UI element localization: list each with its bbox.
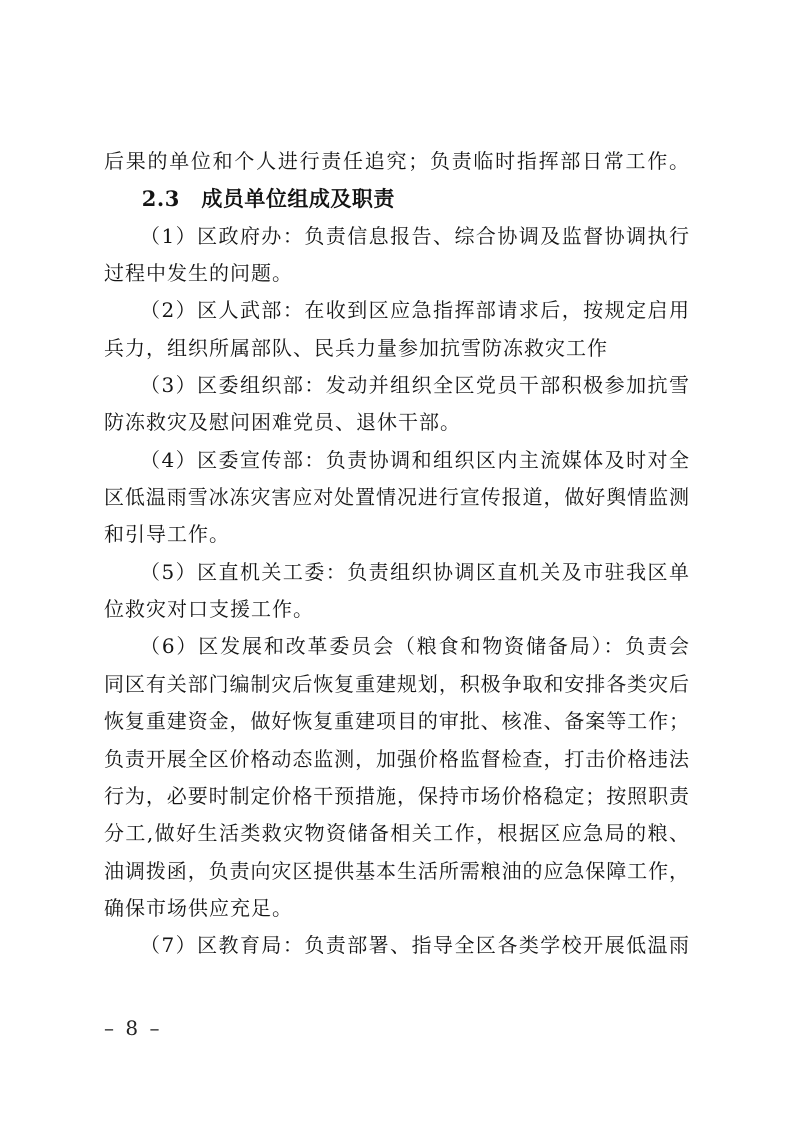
text-line: 油调拨函，负责向灾区提供基本生活所需粮油的应急保障工作， [104, 853, 689, 890]
text-line: （3）区委组织部：发动并组织全区党员干部积极参加抗雪 [104, 367, 689, 404]
text-line: 行为，必要时制定价格干预措施，保持市场价格稳定；按照职责 [104, 778, 689, 815]
text-line: 过程中发生的问题。 [104, 255, 689, 292]
text-line: 位救灾对口支援工作。 [104, 591, 689, 628]
text-line: 恢复重建资金，做好恢复重建项目的审批、核准、备案等工作； [104, 703, 689, 740]
text-line: 分工,做好生活类救灾物资储备相关工作，根据区应急局的粮、 [104, 815, 689, 852]
document-page: 后果的单位和个人进行责任追究；负责临时指挥部日常工作。2.3 成员单位组成及职责… [0, 0, 793, 1122]
text-line: （2）区人武部：在收到区应急指挥部请求后，按规定启用 [104, 292, 689, 329]
text-line: （6）区发展和改革委员会（粮食和物资储备局）：负责会 [104, 628, 689, 665]
text-line: 后果的单位和个人进行责任追究；负责临时指挥部日常工作。 [104, 143, 689, 180]
text-line: 负责开展全区价格动态监测，加强价格监督检查，打击价格违法 [104, 741, 689, 778]
text-line: （1）区政府办：负责信息报告、综合协调及监督协调执行 [104, 218, 689, 255]
text-line: 防冻救灾及慰问困难党员、退休干部。 [104, 404, 689, 441]
section-heading: 2.3 成员单位组成及职责 [104, 180, 689, 217]
document-body: 后果的单位和个人进行责任追究；负责临时指挥部日常工作。2.3 成员单位组成及职责… [104, 143, 689, 965]
text-line: 同区有关部门编制灾后恢复重建规划，积极争取和安排各类灾后 [104, 666, 689, 703]
text-line: 和引导工作。 [104, 516, 689, 553]
text-line: （4）区委宣传部：负责协调和组织区内主流媒体及时对全 [104, 442, 689, 479]
text-line: 确保市场供应充足。 [104, 890, 689, 927]
text-line: （7）区教育局：负责部署、指导全区各类学校开展低温雨 [104, 927, 689, 964]
page-number: – 8 – [104, 1016, 162, 1040]
text-line: 区低温雨雪冰冻灾害应对处置情况进行宣传报道，做好舆情监测 [104, 479, 689, 516]
text-line: （5）区直机关工委：负责组织协调区直机关及市驻我区单 [104, 554, 689, 591]
text-line: 兵力，组织所属部队、民兵力量参加抗雪防冻救灾工作 [104, 330, 689, 367]
